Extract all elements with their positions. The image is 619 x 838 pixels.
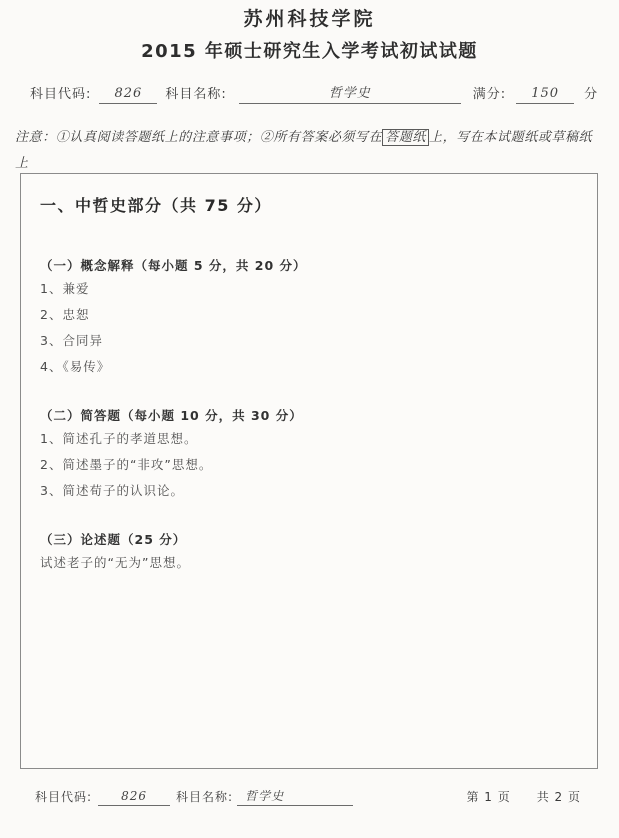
- question-area-box: 一、中哲史部分（共 75 分） （一）概念解释（每小题 5 分，共 20 分） …: [20, 173, 598, 769]
- notice-text-1: ①认真阅读答题纸上的注意事项；②所有答案必须写在: [56, 130, 382, 145]
- page-number: 第 1 页: [466, 789, 510, 806]
- question-item: 2、忠恕: [40, 302, 577, 328]
- notice-label: 注意：: [15, 130, 56, 145]
- subsection-3-title: （三）论述题（25 分）: [40, 530, 577, 550]
- exam-paper-page: 苏州科技学院 2015 年硕士研究生入学考试初试试题 科目代码: 826 科目名…: [0, 0, 619, 838]
- question-item: 1、兼爱: [40, 276, 577, 302]
- page-footer: 科目代码: 826 科目名称: 哲学史 第 1 页 共 2 页: [0, 787, 619, 806]
- footer-subject-code-value: 826: [98, 787, 170, 806]
- subsection-1-title: （一）概念解释（每小题 5 分，共 20 分）: [40, 256, 577, 276]
- question-item: 3、简述荀子的认识论。: [40, 478, 577, 504]
- subsection-concept-explanation: （一）概念解释（每小题 5 分，共 20 分） 1、兼爱 2、忠恕 3、合同异 …: [40, 256, 577, 380]
- answer-sheet-boxed-term: 答题纸: [382, 129, 429, 146]
- full-score-label: 满分:: [473, 86, 506, 104]
- footer-subject-name-label: 科目名称:: [176, 789, 233, 806]
- footer-pagination: 第 1 页 共 2 页: [466, 789, 581, 806]
- section-1-title: 一、中哲史部分（共 75 分）: [40, 196, 577, 216]
- subsection-short-answer: （二）简答题（每小题 10 分，共 30 分） 1、简述孔子的孝道思想。 2、简…: [40, 406, 577, 504]
- question-item: 2、简述墨子的“非攻”思想。: [40, 452, 577, 478]
- exam-title: 2015 年硕士研究生入学考试初试试题: [0, 40, 619, 64]
- question-item: 1、简述孔子的孝道思想。: [40, 426, 577, 452]
- total-pages: 共 2 页: [537, 789, 581, 806]
- subsection-2-title: （二）简答题（每小题 10 分，共 30 分）: [40, 406, 577, 426]
- subject-code-value: 826: [99, 85, 157, 104]
- score-unit-label: 分: [584, 86, 598, 104]
- full-score-value: 150: [516, 85, 574, 104]
- subject-code-label: 科目代码:: [30, 86, 91, 104]
- question-item: 3、合同异: [40, 328, 577, 354]
- footer-subject-name-value: 哲学史: [237, 787, 353, 806]
- school-title: 苏州科技学院: [0, 0, 619, 31]
- subsection-essay: （三）论述题（25 分） 试述老子的“无为”思想。: [40, 530, 577, 576]
- question-item: 试述老子的“无为”思想。: [40, 550, 577, 576]
- question-item: 4、《易传》: [40, 354, 577, 380]
- subject-name-label: 科目名称:: [165, 86, 226, 104]
- footer-subject-code-label: 科目代码:: [35, 789, 92, 806]
- subject-bar: 科目代码: 826 科目名称: 哲学史 满分: 150 分: [30, 85, 605, 104]
- subject-name-value: 哲学史: [239, 85, 461, 104]
